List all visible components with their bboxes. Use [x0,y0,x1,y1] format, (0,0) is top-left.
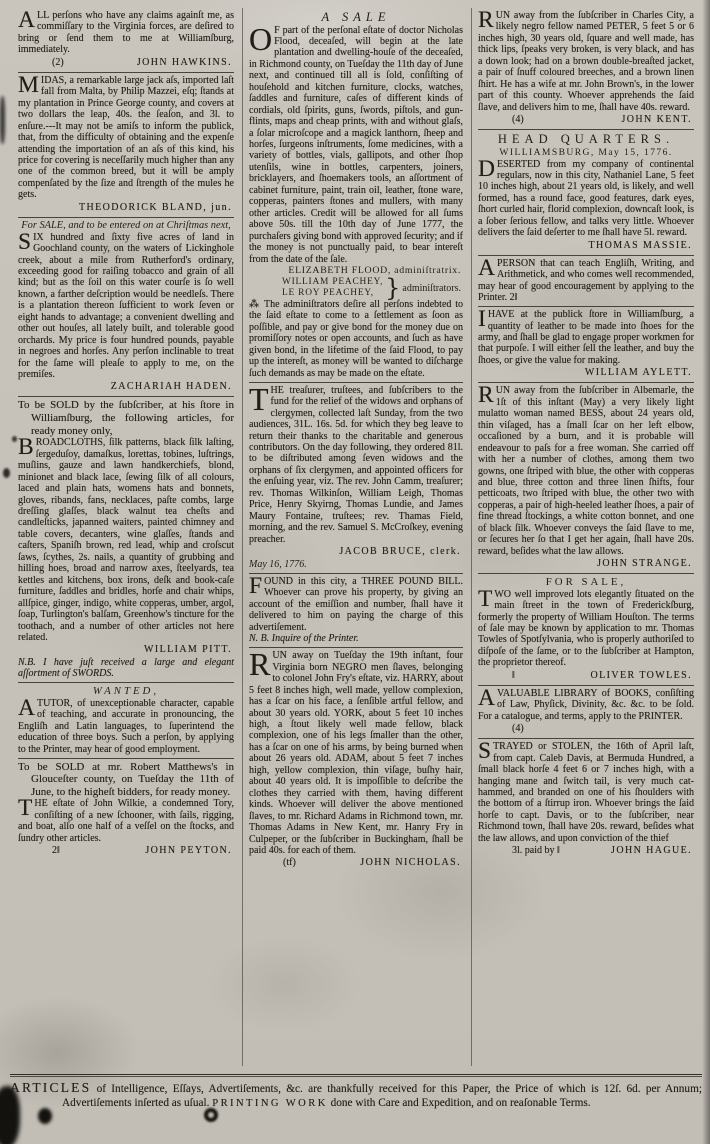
signature: JACOB BRUCE, clerk. [249,545,463,559]
ad-text: FOUND in this city, a THREE POUND BILL. … [249,576,463,633]
ad-heading: For SALE, and to be entered on at Chriſt… [18,220,234,232]
ad-tutor-wanted: WANTED, A TUTOR, of unexceptionable char… [18,685,234,755]
drop-cap: D [478,159,497,180]
ad-body-text: HAVE at the publick ſtore in Williamſbur… [478,309,694,366]
drop-cap: A [478,258,497,279]
ad-text: RUN away from the ſubſcriber in Charles … [478,10,694,113]
ad-body-text: ESERTED from my company of continental r… [478,159,694,239]
ad-found-bill: FOUND in this city, a THREE POUND BILL. … [249,576,463,645]
signature-name: THEODORICK BLAND, jun. [79,202,232,215]
ad-body-text: IDAS, a remarkable large jack aſs, impor… [18,75,234,201]
footer-printing-label: PRINTING WORK [212,1098,327,1109]
ad-body-text: VALUABLE LIBRARY of BOOKS, conſiſting of… [478,688,694,722]
ad-midas-jack: MIDAS, a remarkable large jack aſs, impo… [18,75,234,214]
signature-mark: 3l. paid by ‖ [512,845,560,858]
rule-divider [478,382,694,383]
signature-name: JACOB BRUCE, clerk. [339,546,461,559]
drop-cap: R [478,385,496,406]
ad-text: RUN away on Tueſday the 19th inſtant, fo… [249,650,463,856]
ad-body-text: PERSON that can teach Engliſh, Writing, … [478,258,694,303]
ad-strayed-horse: STRAYED or STOLEN, the 16th of April laſ… [478,741,694,858]
ad-body-text: UN away from the ſubſcriber in Charles C… [478,10,694,113]
signature-name: OLIVER TOWLES. [591,670,692,683]
ad-text: A PERSON that can teach Engliſh, Writing… [478,258,694,304]
ad-runaway-bess: RUN away from the ſubſcriber in Albemarl… [478,385,694,570]
rule-divider [18,758,234,759]
signature-mark: (4) [512,114,524,127]
ad-runaway-fry-slaves: RUN away on Tueſday the 19th inſtant, fo… [249,650,463,870]
footer-text: ARTICLES of Intelligence, Eſſays, Advert… [10,1081,702,1111]
signature-mark: (tf) [283,857,296,870]
ink-blot [0,96,5,144]
drop-cap: M [18,75,41,96]
signature-name: WILLIAM PITT. [144,644,232,657]
signature-name: JOHN PEYTON. [145,845,232,858]
signature: (2)JOHN HAWKINS. [18,56,234,70]
signature: (4)JOHN KENT. [478,113,694,127]
drop-cap: R [478,10,496,31]
column-left: ALL perſons who have any claims againſt … [12,8,242,1066]
ad-body-text: TUTOR, of unexceptionable character, cap… [18,698,234,755]
signature-name: JOHN STRANGE. [597,558,692,571]
ad-deserter-lane: HEAD QUARTERS. WILLIAMSBURG, May 15, 177… [478,132,694,252]
rule-divider [478,306,694,307]
drop-cap: R [249,650,272,678]
rule-divider [249,573,463,574]
ad-body-text: UN away on Tueſday the 19th inſtant, fou… [249,650,463,856]
ad-text: To be SOLD at mr. Robert Matthews's in G… [18,761,234,799]
ad-text: RUN away from the ſubſcriber in Albemarl… [478,385,694,557]
ad-store-goods: To be SOLD by the ſubſcriber, at his ſto… [18,399,234,679]
drop-cap: O [249,25,274,53]
signature: ‖OLIVER TOWLES. [478,669,694,683]
rule-divider [18,682,234,683]
ad-postscript: ⁂ The adminiſtrators deſire all perſons … [249,299,463,379]
drop-cap: F [249,576,264,597]
signature: THOMAS MASSIE. [478,239,694,253]
ad-heading: HEAD QUARTERS. [478,132,694,147]
rule-divider [478,685,694,686]
ad-text: OF part of the perſonal eſtate of doctor… [249,25,463,266]
administrator-name: WILLIAM PEACHEY, [282,277,383,288]
administrators-label: adminiſtrators. [402,283,461,294]
rule-divider [478,129,694,130]
ad-subheading: WILLIAMSBURG, May 15, 1776. [478,147,694,158]
signature-mark: 2‖ [52,845,60,858]
signature: WILLIAM PITT. [18,643,234,657]
page-footer: ARTICLES of Intelligence, Eſſays, Advert… [10,1074,702,1111]
ink-blot [3,468,10,478]
drop-cap: B [18,437,36,458]
ad-heading: To be SOLD by the ſubſcriber, at his ſto… [18,399,234,437]
ad-body-text: HE treaſurer, truſtees, and ſubſcribers … [249,385,463,545]
date-line: May 16, 1776. [249,559,463,571]
footer-tail-text: done with Care and Expedition, and on re… [331,1097,591,1109]
administrators-block: WILLIAM PEACHEY, LE ROY PEACHEY, } admin… [249,277,463,299]
signature-name: JOHN NICHOLAS. [360,857,461,870]
column-middle: A SALE OF part of the perſonal eſtate of… [242,8,472,1066]
ad-heading: FOR SALE, [478,576,694,589]
ad-gloucester-auction: To be SOLD at mr. Robert Matthews's in G… [18,761,234,799]
signature-name: THOMAS MASSIE. [588,240,692,253]
signature: (4) [478,722,694,736]
signature: WILLIAM AYLETT. [478,366,694,380]
administratrix-line: ELIZABETH FLOOD, adminiſtratrix. [249,265,463,277]
signature-mark: ‖ [512,670,515,683]
drop-cap: T [18,798,34,819]
ad-flood-estate-sale: A SALE OF part of the perſonal eſtate of… [249,10,463,379]
ad-text: A VALUABLE LIBRARY of BOOKS, conſiſting … [478,688,694,722]
column-layout: ALL perſons who have any claims againſt … [12,8,702,1066]
ad-heading: WANTED, [18,685,234,698]
ad-body-text: WO well improved lots elegantly ſituated… [478,589,694,669]
signature: THEODORICK BLAND, jun. [18,201,234,215]
ad-text: I HAVE at the publick ſtore in Williamſb… [478,309,694,366]
ad-body-text: F part of the perſonal eſtate of doctor … [249,25,463,265]
ad-goochland-land-sale: For SALE, and to be entered on at Chriſt… [18,220,234,394]
drop-cap: A [478,688,497,709]
rule-divider [249,382,463,383]
newspaper-page: ALL perſons who have any claims againſt … [12,8,702,1066]
ad-text: A TUTOR, of unexceptionable character, c… [18,698,234,755]
drop-cap: S [478,741,493,762]
rule-divider [478,738,694,739]
signature-name: JOHN HAGUE. [611,845,692,858]
signature: 2‖JOHN PEYTON. [18,844,234,858]
ad-postscript: N. B. Inquire of the Printer. [249,633,463,644]
ad-body-text: HE eſtate of John Wilkie, a condemned To… [18,798,234,843]
ad-runaway-peter: RUN away from the ſubſcriber in Charles … [478,10,694,127]
footer-lead-word: ARTICLES [10,1080,91,1095]
signature: (tf)JOHN NICHOLAS. [249,856,463,870]
ad-clergy-fund: THE treaſurer, truſtees, and ſubſcribers… [249,385,463,571]
ad-text: BROADCLOTHS, ſilk patterns, black ſilk l… [18,437,234,643]
drop-cap: T [478,589,494,610]
ad-text: DESERTED from my company of continental … [478,159,694,239]
ad-body-text: UN away from the ſubſcriber in Albemarle… [478,385,694,556]
signature-name: WILLIAM AYLETT. [585,367,692,380]
rule-divider [478,255,694,256]
ad-library-books: A VALUABLE LIBRARY of BOOKS, conſiſting … [478,688,694,736]
rule-divider [249,647,463,648]
ad-text: THE eſtate of John Wilkie, a condemned T… [18,798,234,844]
signature-mark: (4) [512,723,524,736]
ad-wilkie-estate: THE eſtate of John Wilkie, a condemned T… [18,798,234,857]
ad-text: ALL perſons who have any claims againſt … [18,10,234,56]
signature: JOHN STRANGE. [478,557,694,571]
column-right: RUN away from the ſubſcriber in Charles … [472,8,702,1066]
ad-body-text: LL perſons who have any claims againſt m… [18,10,234,55]
rule-divider [18,396,234,397]
drop-cap: T [249,385,271,413]
ad-heading: A SALE [249,10,463,25]
drop-cap: A [18,10,37,31]
brace-glyph: } [385,277,400,299]
drop-cap: S [18,232,33,253]
ad-text: TWO well improved lots elegantly ſituate… [478,589,694,669]
ad-hawkins-claims: ALL perſons who have any claims againſt … [18,10,234,69]
rule-divider [18,72,234,73]
signature-name: ZACHARIAH HADEN. [111,381,232,394]
ad-teacher-person: A PERSON that can teach Engliſh, Writing… [478,258,694,304]
page-edge-shadow [702,0,710,1144]
ad-text: MIDAS, a remarkable large jack aſs, impo… [18,75,234,201]
administrator-name: LE ROY PEACHEY, [282,288,383,299]
ad-body-text: ROADCLOTHS, ſilk patterns, black ſilk la… [18,437,234,643]
footer-rule [10,1074,702,1077]
drop-cap: I [478,309,488,330]
signature-mark: (2) [52,57,64,70]
rule-divider [478,573,694,574]
ad-body-text: IX hundred and ſixty five acres of land … [18,232,234,380]
rule-divider [18,217,234,218]
signature-name: JOHN HAWKINS. [137,57,232,70]
ad-leather-shoes: I HAVE at the publick ſtore in Williamſb… [478,309,694,380]
ad-body-text: OUND in this city, a THREE POUND BILL. W… [249,576,463,633]
signature: 3l. paid by ‖JOHN HAGUE. [478,844,694,858]
drop-cap: A [18,698,37,719]
ad-text: STRAYED or STOLEN, the 16th of April laſ… [478,741,694,844]
ad-text: THE treaſurer, truſtees, and ſubſcribers… [249,385,463,545]
ad-postscript: N.B. I have juſt received a large and el… [18,657,234,680]
ad-text: SIX hundred and ſixty five acres of land… [18,232,234,381]
signature-name: JOHN KENT. [622,114,692,127]
ad-body-text: TRAYED or STOLEN, the 16th of April laſt… [478,741,694,844]
administrator-names: WILLIAM PEACHEY, LE ROY PEACHEY, [282,277,383,299]
signature: ZACHARIAH HADEN. [18,380,234,394]
ad-fredericksburg-lots: FOR SALE, TWO well improved lots elegant… [478,576,694,682]
